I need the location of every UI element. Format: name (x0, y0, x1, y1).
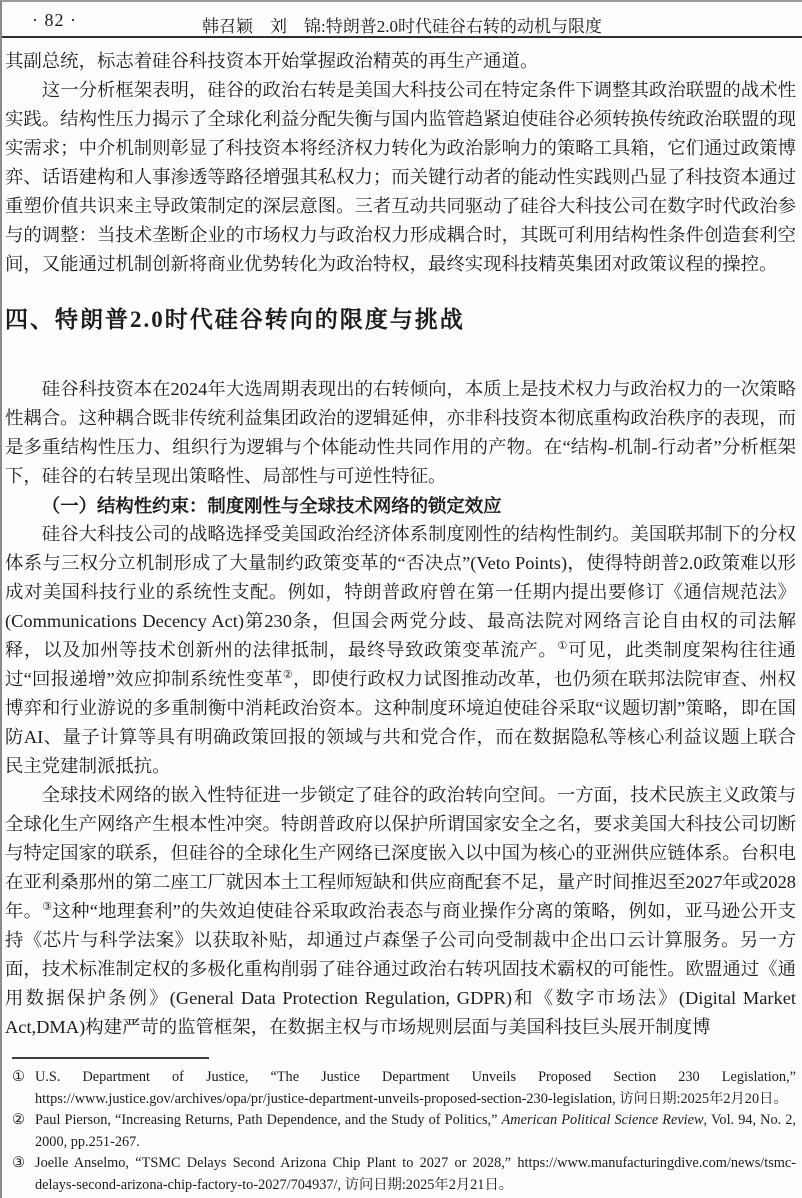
footnote-1-text: U.S. Department of Justice, “The Justice… (35, 1067, 796, 1110)
running-title: 韩召颖 刘 锦:特朗普2.0时代硅谷右转的动机与限度 (2, 2, 802, 37)
paragraph-continuation: 其副总统，标志着硅谷科技资本开始掌握政治精英的再生产通道。 (5, 47, 796, 76)
article-body: 其副总统，标志着硅谷科技资本开始掌握政治精英的再生产通道。 这一分析框架表明，硅… (2, 38, 802, 1042)
footnote-section: ① U.S. Department of Justice, “The Justi… (12, 1057, 796, 1196)
paragraph-network: 全球技术网络的嵌入性特征进一步锁定了硅谷的政治转向空间。一方面，技术民族主义政策… (5, 781, 796, 1042)
footnote-2-text: Paul Pierson, “Increasing Returns, Path … (35, 1110, 796, 1153)
journal-page-scan: · 82 · 韩召颖 刘 锦:特朗普2.0时代硅谷右转的动机与限度 其副总统，标… (0, 0, 802, 1198)
footnote-1-marker: ① (12, 1067, 35, 1110)
text-run: U.S. Department of Justice, “The Justice… (35, 1069, 796, 1107)
subsection-heading: （一）结构性约束：制度刚性与全球技术网络的锁定效应 (5, 491, 796, 520)
footnote-1: ① U.S. Department of Justice, “The Justi… (12, 1067, 796, 1110)
page-number: · 82 · (32, 10, 77, 31)
page-header: · 82 · 韩召颖 刘 锦:特朗普2.0时代硅谷右转的动机与限度 (2, 2, 802, 38)
footnote-separator-rule (12, 1057, 209, 1059)
footnote-2: ② Paul Pierson, “Increasing Returns, Pat… (12, 1110, 796, 1153)
paragraph-overview: 硅谷科技资本在2024年大选周期表现出的右转倾向，本质上是技术权力与政治权力的一… (5, 375, 796, 491)
section-heading: 四、特朗普2.0时代硅谷转向的限度与挑战 (5, 305, 796, 335)
italic-text-run: American Political Science Review (502, 1112, 704, 1128)
paragraph-framework: 这一分析框架表明，硅谷的政治右转是美国大科技公司在特定条件下调整其政治联盟的战术… (5, 76, 796, 279)
footnote-3-marker: ③ (12, 1153, 35, 1196)
footnote-ref-marker: ③ (42, 901, 52, 913)
footnote-2-marker: ② (12, 1110, 35, 1153)
footnote-ref-marker: ② (283, 669, 293, 681)
footnote-3-text: Joelle Anselmo, “TSMC Delays Second Ariz… (35, 1153, 796, 1196)
text-run: Paul Pierson, “Increasing Returns, Path … (35, 1112, 502, 1128)
paragraph-institutional: 硅谷大科技公司的战略选择受美国政治经济体系制度刚性的结构性制约。美国联邦制下的分… (5, 520, 796, 781)
footnote-ref-marker: ① (557, 640, 568, 652)
footnote-3: ③ Joelle Anselmo, “TSMC Delays Second Ar… (12, 1153, 796, 1196)
text-run: Joelle Anselmo, “TSMC Delays Second Ariz… (35, 1155, 796, 1193)
text-run: 这种“地理套利”的失效迫使硅谷采取政治表态与商业操作分离的策略，例如，亚马逊公开… (5, 901, 796, 1037)
